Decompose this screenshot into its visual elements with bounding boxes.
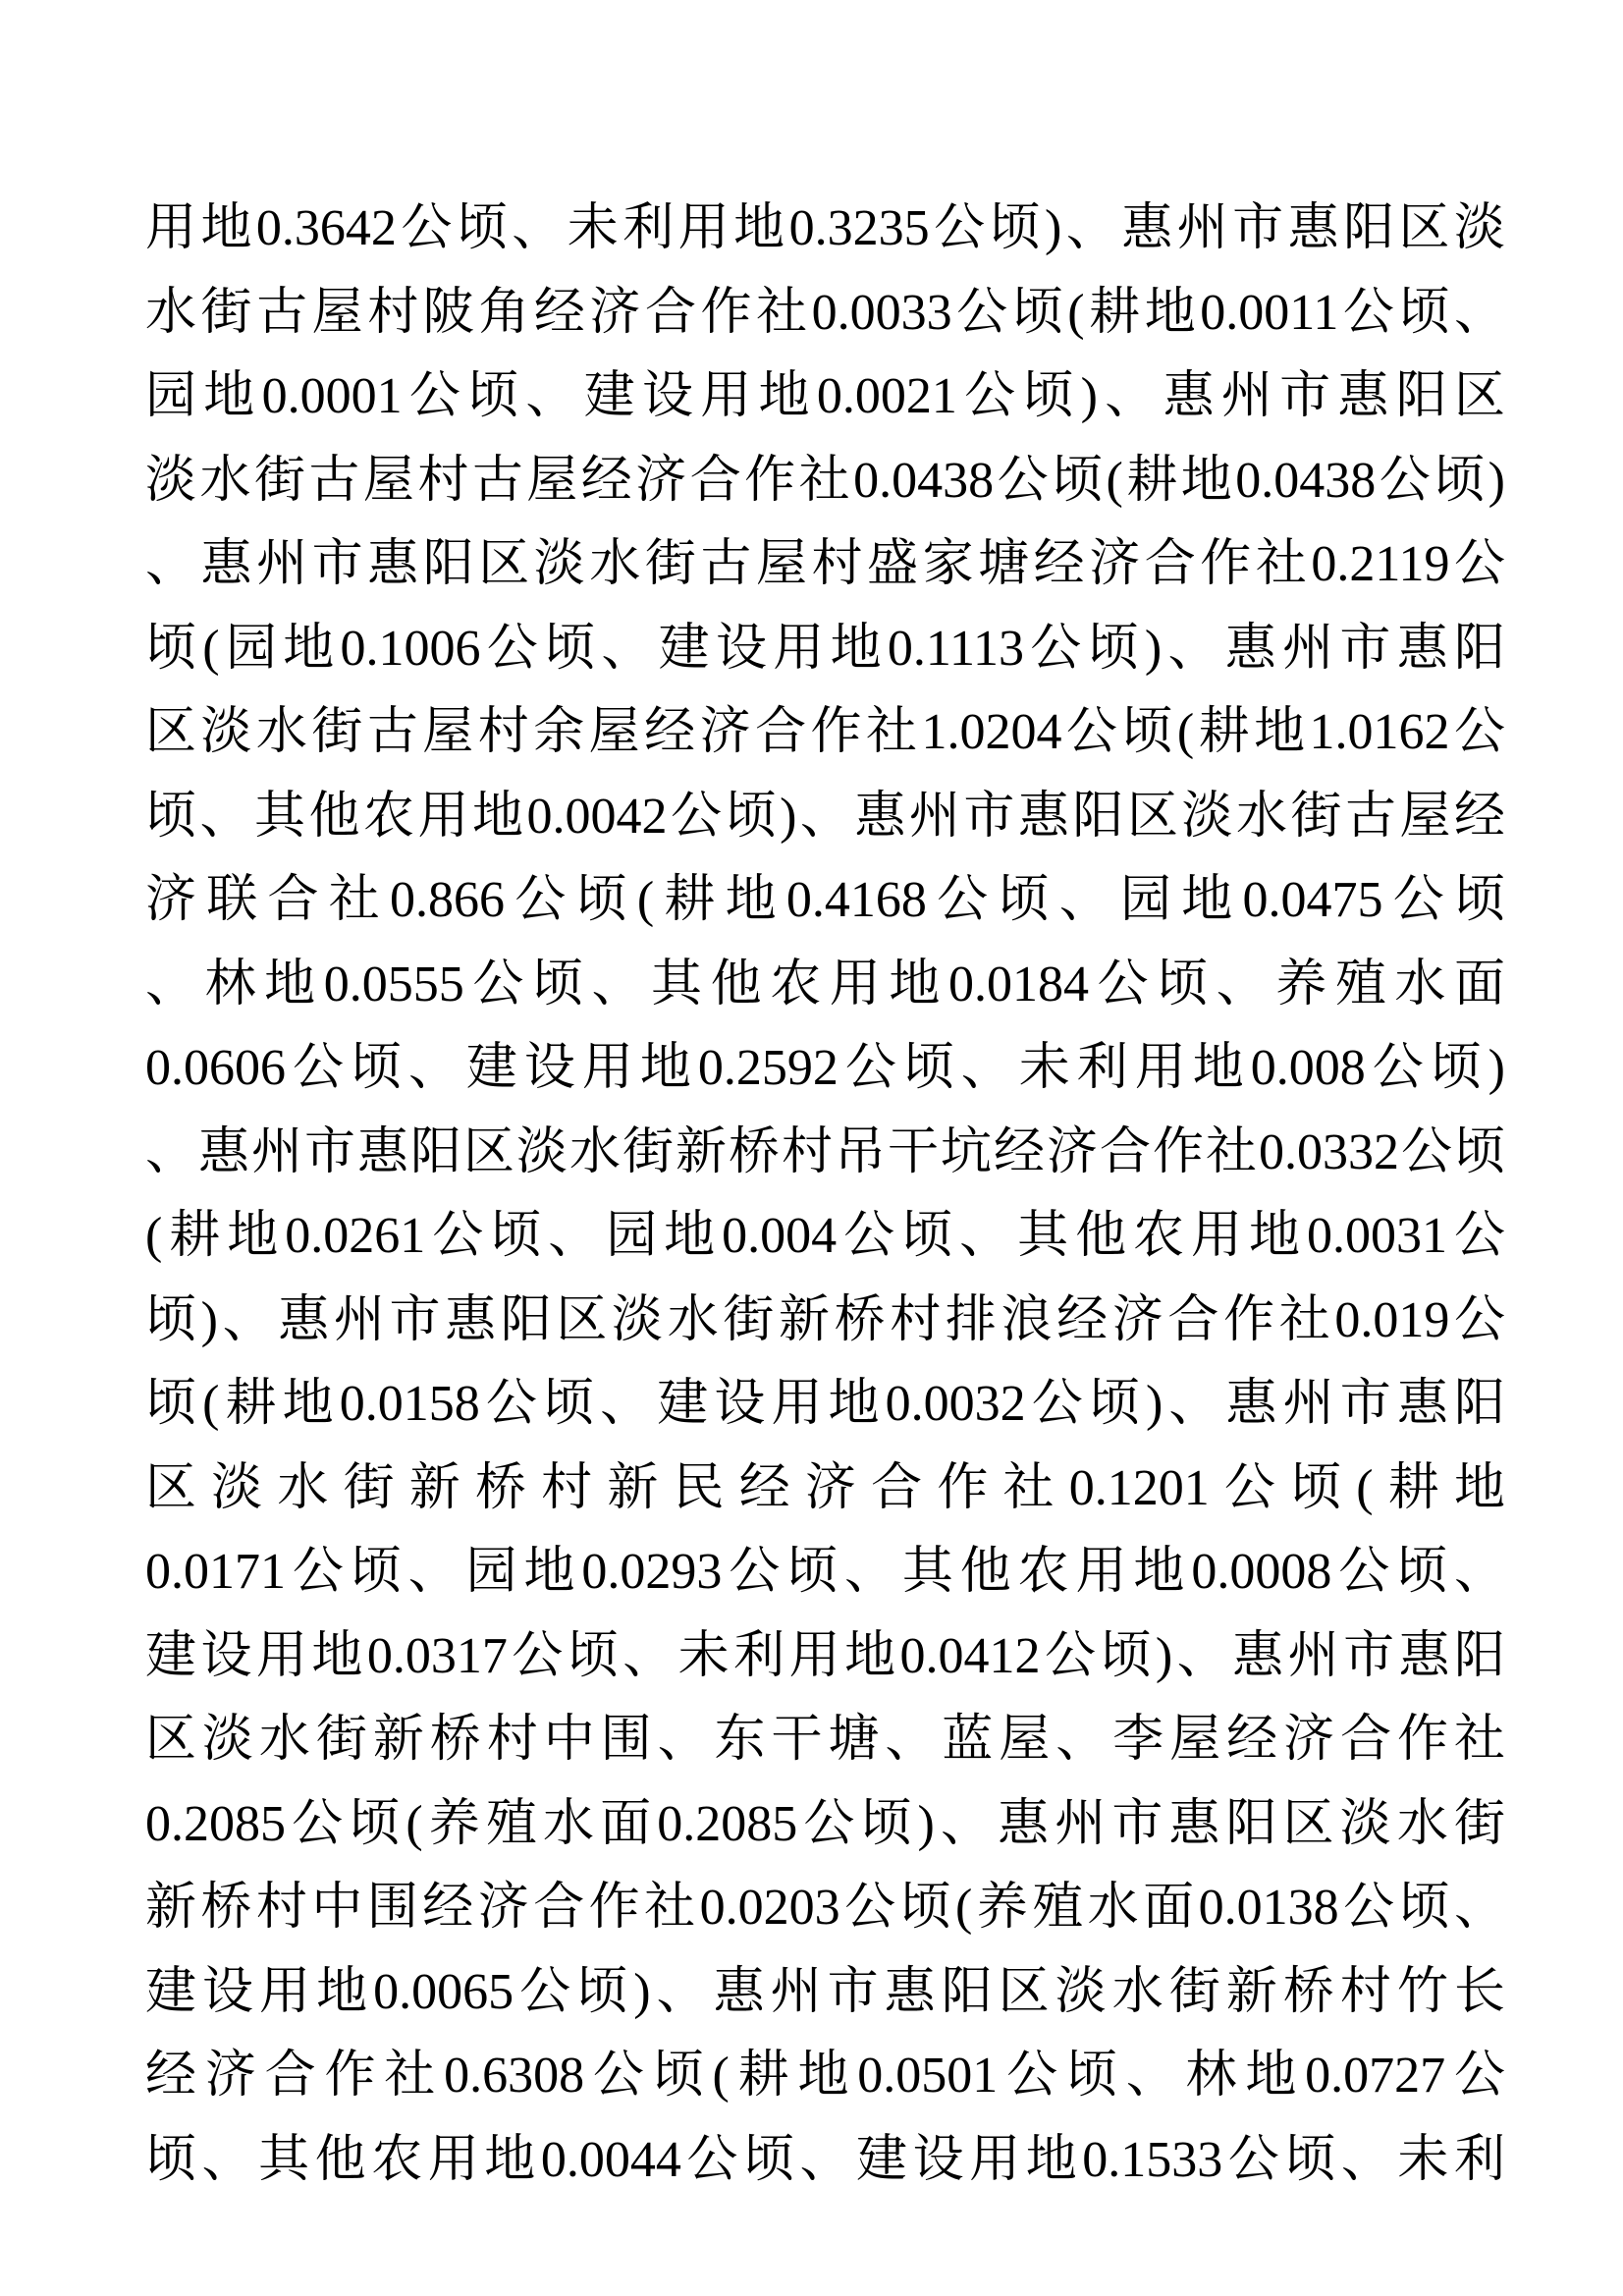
text-line: 淡水街古屋村古屋经济合作社0.0438公顷(耕地0.0438公顷) [145,439,1505,523]
text-line: 0.0171公顷、园地0.0293公顷、其他农用地0.0008公顷、 [145,1530,1505,1614]
text-line: 用地0.3642公顷、未利用地0.3235公顷)、惠州市惠阳区淡 [145,187,1505,271]
text-line: 0.0606公顷、建设用地0.2592公顷、未利用地0.008公顷) [145,1026,1505,1111]
body-text-block: 用地0.3642公顷、未利用地0.3235公顷)、惠州市惠阳区淡 水街古屋村陂角… [145,187,1505,2202]
text-line: 、惠州市惠阳区淡水街古屋村盛家塘经济合作社0.2119公 [145,522,1505,607]
text-line: 顷、其他农用地0.0044公顷、建设用地0.1533公顷、未利 [145,2118,1505,2203]
text-line: 顷(园地0.1006公顷、建设用地0.1113公顷)、惠州市惠阳 [145,607,1505,691]
text-line: (耕地0.0261公顷、园地0.004公顷、其他农用地0.0031公 [145,1194,1505,1279]
document-page: 用地0.3642公顷、未利用地0.3235公顷)、惠州市惠阳区淡 水街古屋村陂角… [0,0,1623,2296]
text-line: 建设用地0.0065公顷)、惠州市惠阳区淡水街新桥村竹长 [145,1950,1505,2035]
text-line: 、惠州市惠阳区淡水街新桥村吊干坑经济合作社0.0332公顷 [145,1111,1505,1195]
text-line: 园地0.0001公顷、建设用地0.0021公顷)、惠州市惠阳区 [145,355,1505,439]
text-line: 区淡水街新桥村中围、东干塘、蓝屋、李屋经济合作社 [145,1698,1505,1782]
text-line: 区淡水街新桥村新民经济合作社0.1201公顷(耕地 [145,1447,1505,1531]
text-line: 顷)、惠州市惠阳区淡水街新桥村排浪经济合作社0.019公 [145,1279,1505,1363]
text-line: 区淡水街古屋村余屋经济合作社1.0204公顷(耕地1.0162公 [145,690,1505,775]
text-line: 建设用地0.0317公顷、未利用地0.0412公顷)、惠州市惠阳 [145,1614,1505,1699]
text-line: 济联合社0.866公顷(耕地0.4168公顷、园地0.0475公顷 [145,858,1505,943]
text-line: 、林地0.0555公顷、其他农用地0.0184公顷、养殖水面 [145,943,1505,1027]
text-line: 经济合作社0.6308公顷(耕地0.0501公顷、林地0.0727公 [145,2034,1505,2118]
text-line: 0.2085公顷(养殖水面0.2085公顷)、惠州市惠阳区淡水街 [145,1782,1505,1867]
text-line: 水街古屋村陂角经济合作社0.0033公顷(耕地0.0011公顷、 [145,271,1505,355]
text-line: 顷(耕地0.0158公顷、建设用地0.0032公顷)、惠州市惠阳 [145,1362,1505,1447]
text-line: 新桥村中围经济合作社0.0203公顷(养殖水面0.0138公顷、 [145,1866,1505,1950]
text-line: 顷、其他农用地0.0042公顷)、惠州市惠阳区淡水街古屋经 [145,775,1505,859]
